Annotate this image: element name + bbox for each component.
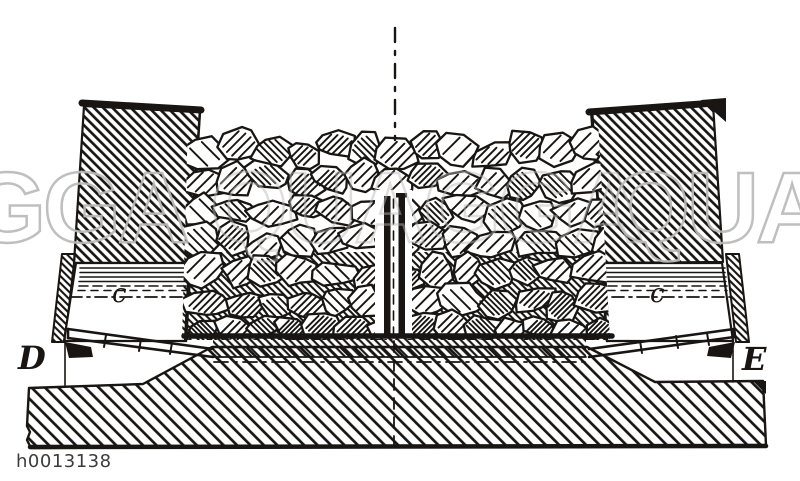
label-c-right: c [650,279,665,309]
scanned-engraving-canvas: QUAGGA QUAGGA QUAGGA c c D E h0013138 [0,0,800,481]
foundation-block [27,347,766,448]
right-bracket [707,342,735,358]
label-e: E [742,340,766,378]
left-bracket [65,342,93,358]
central-rod [375,190,412,339]
furnace-cross-section-drawing [0,0,800,481]
catalog-number: h0013138 [16,451,112,472]
right-chute-box [601,263,733,341]
label-d: D [18,339,46,377]
right-wall [589,98,726,263]
label-c-left: c [112,279,127,309]
left-wall [74,103,201,263]
